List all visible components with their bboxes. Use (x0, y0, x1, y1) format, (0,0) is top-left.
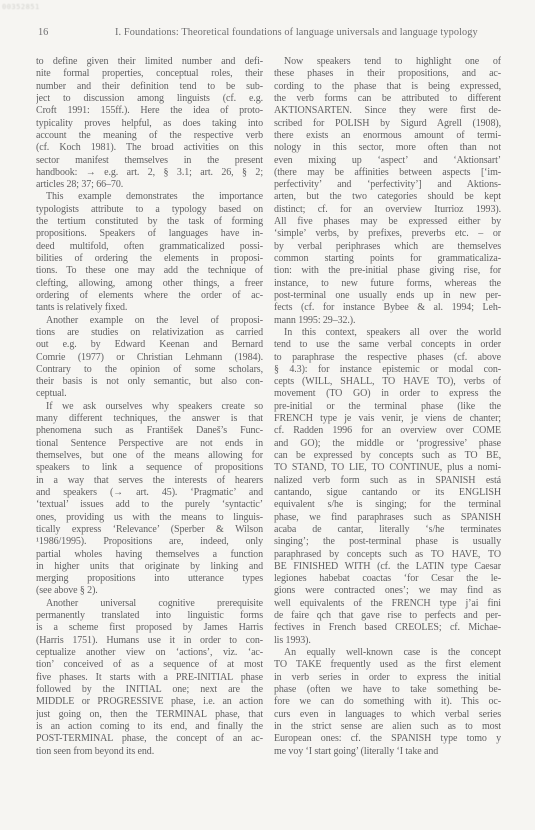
text-line: me voy ‘I start going’ (literally ‘I tak… (274, 746, 501, 758)
text-line: number and their definition tend to be s… (36, 81, 263, 93)
text-line: cepts (WILL, SHALL, TO HAVE TO), verbs o… (274, 376, 501, 388)
text-line: five phases. It starts with a PRE-INITIA… (36, 672, 263, 684)
text-line: permanently translated into linguistic f… (36, 610, 263, 622)
text-line: gions were contracted ones’; we may find… (274, 585, 501, 597)
text-line: in the strict sense are alien such as to… (274, 721, 501, 733)
text-line: merging propositions into utterance type… (36, 573, 263, 585)
text-line: distinct; cf. for an overview Iturrioz 1… (274, 204, 501, 216)
text-line: tants is relatively fixed. (36, 302, 263, 314)
text-line: their basis is not only semantic, but al… (36, 376, 263, 388)
text-line: nology in this sector, more often than n… (274, 142, 501, 154)
paragraph: Another universal cognitive prerequisite… (36, 598, 263, 758)
text-line: phase (often we have to take something b… (274, 684, 501, 696)
text-line: MIDDLE or PROGRESSIVE phase, i.e. an act… (36, 696, 263, 708)
book-page: 00352851 16 I. Foundations: Theoretical … (0, 0, 535, 830)
text-line: AKTIONSARTEN. Since they were first de- (274, 105, 501, 117)
text-line: singing’; the post-terminal phase is usu… (274, 536, 501, 548)
text-line: paraphrased by concepts such as TO HAVE,… (274, 549, 501, 561)
text-line: in a way that serves the interests of he… (36, 475, 263, 487)
text-line: ject to discussion among linguists (cf. … (36, 93, 263, 105)
text-line: out e.g. by Edward Keenan and Bernard (36, 339, 263, 351)
text-line: tion: with the pre-initial phase giving … (274, 265, 501, 277)
text-line: ordering of elements where the order of … (36, 290, 263, 302)
text-line: European ones: cf. the SPANISH type tomo… (274, 733, 501, 745)
text-line: and GO); the middle or ‘progressive’ pha… (274, 438, 501, 450)
text-line: ‘simple’ verbs, by prefixes, preverbs et… (274, 228, 501, 240)
text-line: mann 1995: 29–32.). (274, 315, 501, 327)
text-line: post-terminal one usually ends up in new… (274, 290, 501, 302)
text-line: tions. To these one may add the techniqu… (36, 265, 263, 277)
text-line: phenomena such as František Daneš’s Func… (36, 425, 263, 437)
text-line: BE FINISHED WITH (cf. the LATIN type Cae… (274, 561, 501, 573)
paragraph: If we ask ourselves why speakers create … (36, 401, 263, 598)
text-line: and speakers (→ art. 45). ‘Pragmatic’ an… (36, 487, 263, 499)
paragraph: Another example on the level of proposi-… (36, 315, 263, 401)
text-line: FRENCH type je vais venir, je viens de c… (274, 413, 501, 425)
text-line: sector manifest themselves in the presen… (36, 155, 263, 167)
text-line: nite formal properties, conceptual roles… (36, 68, 263, 80)
text-line: articles 28; 37; 66–70. (36, 179, 263, 191)
paragraph: Now speakers tend to highlight one ofthe… (274, 56, 501, 327)
text-line: in verb series in order to express the i… (274, 672, 501, 684)
text-line: Comrie (1977) or Christian Lehmann (1984… (36, 352, 263, 364)
text-line: cording to the phase that is being expre… (274, 81, 501, 93)
running-header: 16 I. Foundations: Theoretical foundatio… (38, 27, 505, 41)
text-line: is a scheme first proposed by James Harr… (36, 622, 263, 634)
text-line: followed by the INITIAL one; next are th… (36, 684, 263, 696)
paragraph: In this context, speakers all over the w… (274, 327, 501, 647)
text-line: just going on, then the TERMINAL phase, … (36, 709, 263, 721)
text-line: ¹1986/1995). Propositions are, indeed, o… (36, 536, 263, 548)
text-line: (cf. Koch 1981). The broad activities on… (36, 142, 263, 154)
text-line: tically express ‘Relevance’ (Sperber & W… (36, 524, 263, 536)
text-line: tion seen from beyond its end. (36, 746, 263, 758)
text-line: speakers to link a sequence of propositi… (36, 462, 263, 474)
text-line: lis 1993). (274, 635, 501, 647)
page-number: 16 (38, 27, 48, 38)
text-line: to define given their limited number and… (36, 56, 263, 68)
text-line: these phases in their propositions, and … (274, 68, 501, 80)
text-line: fects (cf. for instance Bybee & al. 1994… (274, 302, 501, 314)
text-line: (see above § 2). (36, 585, 263, 597)
running-head-title: I. Foundations: Theoretical foundations … (115, 27, 478, 38)
text-line: Contrary to the opinion of some scholars… (36, 364, 263, 376)
text-line: In this context, speakers all over the w… (274, 327, 501, 339)
left-column: to define given their limited number and… (36, 56, 263, 758)
text-line: arten, but the two categories should be … (274, 191, 501, 203)
text-line: cf. Radden 1996 for an overview over COM… (274, 425, 501, 437)
paragraph: An equally well-known case is the concep… (274, 647, 501, 758)
text-line: well equivalents of the FRENCH type j’ai… (274, 598, 501, 610)
text-line: propositions. Speakers of languages have… (36, 228, 263, 240)
text-line: fore we can do something with it). This … (274, 696, 501, 708)
text-line: legiones habebat coactas ‘for Cesar the … (274, 573, 501, 585)
text-line: An equally well-known case is the concep… (274, 647, 501, 659)
paragraph: This example demonstrates the importance… (36, 191, 263, 314)
text-line: tions are studies on relativization as c… (36, 327, 263, 339)
text-line: (Harris 1751). Humans use it in order to… (36, 635, 263, 647)
text-line: Another example on the level of proposi- (36, 315, 263, 327)
text-line: typicality proves helpful, as does takin… (36, 118, 263, 130)
text-line: POST-TERMINAL phase, the concept of an a… (36, 733, 263, 745)
text-line: partial wholes having themselves a funct… (36, 549, 263, 561)
text-line: the verb forms can be attributed to diff… (274, 93, 501, 105)
text-line: phase, we find paraphrases such as SPANI… (274, 512, 501, 524)
text-line: § 4.3): for instance epistemic or modal … (274, 364, 501, 376)
text-line: Now speakers tend to highlight one of (274, 56, 501, 68)
text-line: the tertium constituted by the task of f… (36, 216, 263, 228)
text-line: by verbal periphrases which are themselv… (274, 241, 501, 253)
text-line: perfectivity’ and ‘perfectivity’] and Ak… (274, 179, 501, 191)
text-line: movement (TO GO) in order to express the (274, 388, 501, 400)
text-line: curs even in languages to which verbal s… (274, 709, 501, 721)
right-column: Now speakers tend to highlight one ofthe… (274, 56, 501, 758)
text-line: ceptualize another view on ‘actions’, vi… (36, 647, 263, 659)
text-line: to paraphrase the respective phases (cf.… (274, 352, 501, 364)
text-line: in higher units that originate by linkin… (36, 561, 263, 573)
text-line: deed multifold, often grammaticalized po… (36, 241, 263, 253)
text-line: tion’ conceived of as a sequence of at m… (36, 659, 263, 671)
text-line: Another universal cognitive prerequisite (36, 598, 263, 610)
text-line: many different techniques, the answer is… (36, 413, 263, 425)
text-line: (there may be affinities between aspects… (274, 167, 501, 179)
text-line: is an action coming to its end, and fina… (36, 721, 263, 733)
text-line: TO TAKE frequently used as the first ele… (274, 659, 501, 671)
text-line: This example demonstrates the importance (36, 191, 263, 203)
text-line: equivalent s/he is singing; for the term… (274, 499, 501, 511)
text-line: there exists an enormous amount of termi… (274, 130, 501, 142)
text-line: bilities of ordering the elements in pro… (36, 253, 263, 265)
text-line: even mixing up ‘aspect’ and ‘Aktionsart’ (274, 155, 501, 167)
text-line: instance, to new future forms, whereas t… (274, 278, 501, 290)
text-line: cantando, sigue cantando or its ENGLISH (274, 487, 501, 499)
text-columns: to define given their limited number and… (36, 56, 501, 758)
text-line: scribed for POLISH by Sigurd Agrell (190… (274, 118, 501, 130)
paragraph: to define given their limited number and… (36, 56, 263, 191)
text-line: common starting points for grammaticaliz… (274, 253, 501, 265)
text-line: All five phases may be expressed either … (274, 216, 501, 228)
text-line: tional Sentence Perspective are not ends… (36, 438, 263, 450)
text-line: handbook: → e.g. art. 2, § 3.1; art. 26,… (36, 167, 263, 179)
corner-stamp: 00352851 (2, 3, 40, 11)
text-line: TO STAND, TO LIE, TO CONTINUE, plus a no… (274, 462, 501, 474)
text-line: themselves, but one of the means allowin… (36, 450, 263, 462)
text-line: ceptual. (36, 388, 263, 400)
text-line: de faire qch that gave rise to perfects … (274, 610, 501, 622)
text-line: clefting, allowing, among other things, … (36, 278, 263, 290)
text-line: tend to use the same verbal concepts in … (274, 339, 501, 351)
text-line: typologists attribute to a typology base… (36, 204, 263, 216)
text-line: fectives in French based CREOLES; cf. Mi… (274, 622, 501, 634)
text-line: ‘textual’ issues add to the purely ‘synt… (36, 499, 263, 511)
text-line: nalized verb form such as in SPANISH est… (274, 475, 501, 487)
text-line: If we ask ourselves why speakers create … (36, 401, 263, 413)
text-line: acaba de cantar, literally ‘s/he termina… (274, 524, 501, 536)
text-line: account the meaning of the respective ve… (36, 130, 263, 142)
text-line: pre-initial or the terminal phase (like … (274, 401, 501, 413)
text-line: ones, providing us with the means to lin… (36, 512, 263, 524)
text-line: can be expressed by concepts such as TO … (274, 450, 501, 462)
text-line: Croft 1991: 155ff.). Here the idea of pr… (36, 105, 263, 117)
